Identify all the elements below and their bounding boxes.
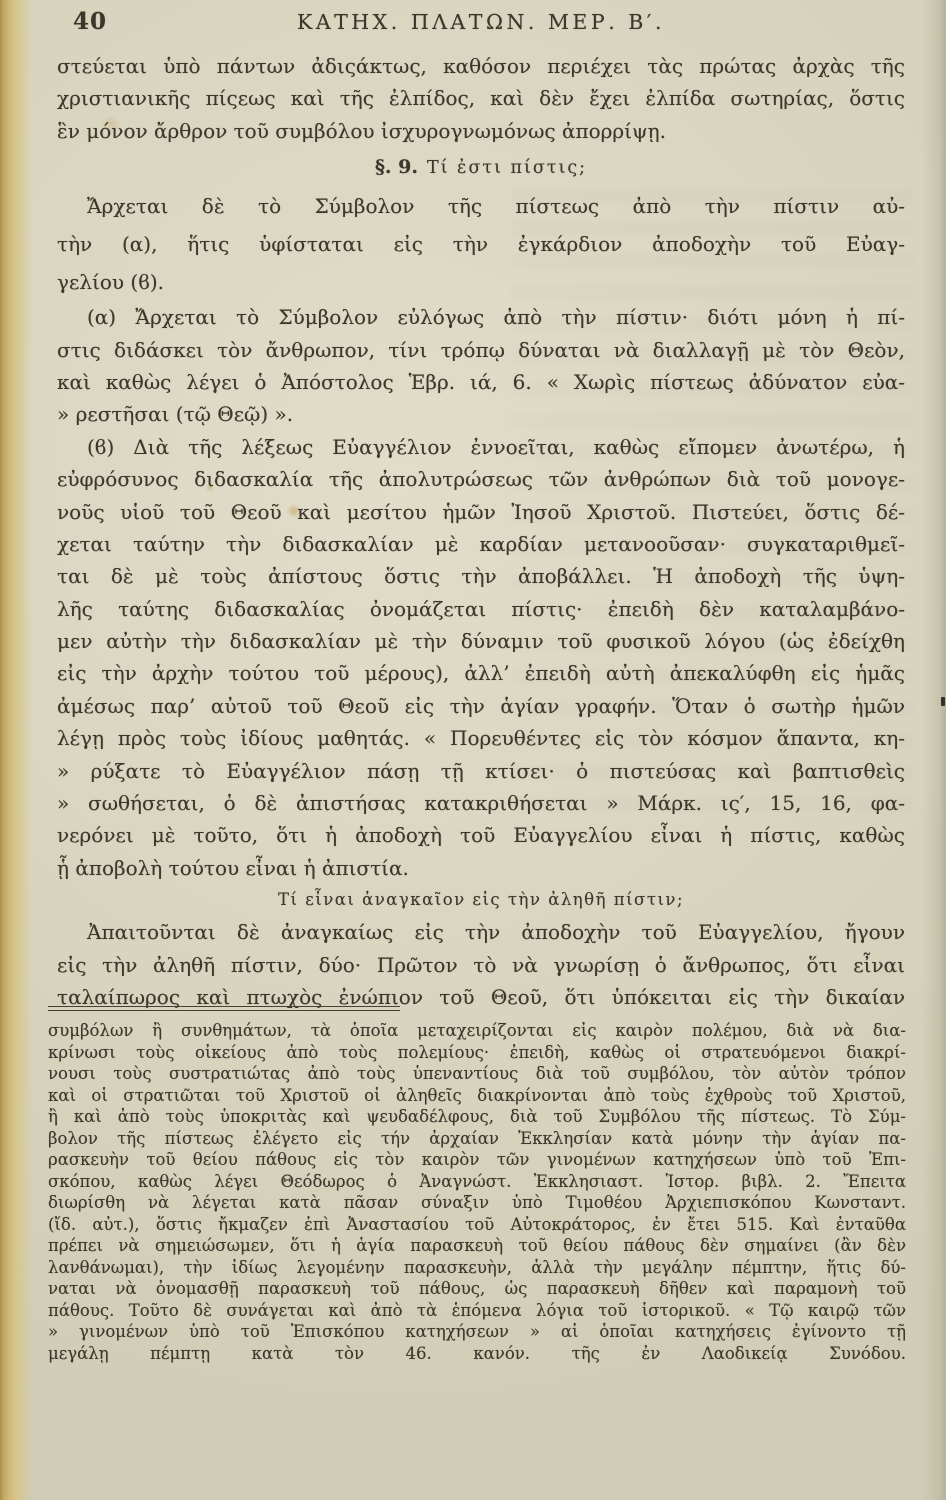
text-line: εἰς τὴν ἀρχὴν τούτου τοῦ μέρους), ἀλλ’ ἐ… bbox=[57, 657, 905, 689]
footnote-text: συμβόλων ἢ συνθημάτων, τὰ ὁποῖα μεταχειρ… bbox=[48, 1020, 906, 1364]
section-heading: §. 9.Τί ἐστι πίστις; bbox=[57, 153, 905, 179]
text-line: εἰς τὴν ἀληθῆ πίστιν, δύο· Πρῶτον τὸ νὰ … bbox=[57, 949, 905, 981]
text-line: ᾗ ἀποβολὴ τούτου εἶναι ἡ ἀπιστία. bbox=[57, 852, 905, 884]
text-line: συμβόλων ἢ συνθημάτων, τὰ ὁποῖα μεταχειρ… bbox=[48, 1020, 906, 1042]
text-line: κρίνωσι τοὺς οἰκείους ἀπὸ τοὺς πολεμίους… bbox=[48, 1042, 906, 1064]
text-line: στεύεται ὑπὸ πάντων ἀδιςάκτως, καθόσον π… bbox=[57, 50, 905, 82]
note-alpha: (α) Ἄρχεται τὸ Σύμβολον εὐλόγως ἀπὸ τὴν … bbox=[57, 301, 905, 431]
text-line: » ρύξατε τὸ Εὐαγγέλιον πάσῃ τῇ κτίσει· ὁ… bbox=[57, 755, 905, 787]
paragraph-symbolon: Ἄρχεται δὲ τὸ Σύμβολον τῆς πίστεως ἀπὸ τ… bbox=[57, 187, 905, 301]
paragraph-continuation: στεύεται ὑπὸ πάντων ἀδιςάκτως, καθόσον π… bbox=[57, 50, 905, 147]
main-text-column: στεύεται ὑπὸ πάντων ἀδιςάκτως, καθόσον π… bbox=[57, 50, 905, 1013]
text-line: καὶ οἱ στρατιῶται τοῦ Χριστοῦ οἱ ἀληθεῖς… bbox=[48, 1085, 906, 1107]
footnote-separator-rule bbox=[48, 1006, 400, 1011]
running-title: ΚΑΤΗΧ. ΠΛΑΤΩΝ. ΜΕΡ. Β′. bbox=[57, 10, 905, 34]
text-line: » σωθήσεται, ὁ δὲ ἀπιστήσας κατακριθήσετ… bbox=[57, 787, 905, 819]
text-line: καὶ καθὼς λέγει ὁ Ἀπόστολος Ἑβρ. ιά, 6. … bbox=[57, 366, 905, 398]
text-line: διωρίσθη νὰ λέγεται κατὰ πᾶσαν σύναξιν ὑ… bbox=[48, 1192, 906, 1214]
text-line: γελίου (ϐ). bbox=[57, 263, 905, 301]
footnote-block: συμβόλων ἢ συνθημάτων, τὰ ὁποῖα μεταχειρ… bbox=[48, 1006, 906, 1364]
text-line: Ἀπαιτοῦνται δὲ ἀναγκαίως εἰς τὴν ἀποδοχὴ… bbox=[57, 916, 905, 948]
section-mark: §. 9. bbox=[375, 156, 418, 178]
text-line: ἢ καὶ ἀπὸ τοὺς ὑποκριτὰς καὶ ψευδαδέλφου… bbox=[48, 1106, 906, 1128]
text-line: (ἴδ. αὐτ.), ὅστις ἤκμαζεν ἐπὶ Ἀναστασίου… bbox=[48, 1214, 906, 1236]
page-gutter-shadow bbox=[0, 0, 32, 1500]
note-beta: (ϐ) Διὰ τῆς λέξεως Εὐαγγέλιον ἐννοεῖται,… bbox=[57, 431, 905, 884]
text-line: μεγάλῃ πέμπτῃ κατὰ τὸν 46. κανόν. τῆς ἐν… bbox=[48, 1343, 906, 1365]
text-line: ναται νὰ ὀνομασθῇ παρασκευὴ τοῦ πάθους, … bbox=[48, 1278, 906, 1300]
text-line: » ρεστῆσαι (τῷ Θεῷ) ». bbox=[57, 398, 905, 430]
text-line: στις διδάσκει τὸν ἄνθρωπον, τίνι τρόπῳ δ… bbox=[57, 334, 905, 366]
text-line: (α) Ἄρχεται τὸ Σύμβολον εὐλόγως ἀπὸ τὴν … bbox=[57, 301, 905, 333]
text-line: ἀμέσως παρ’ αὐτοῦ τοῦ Θεοῦ εἰς τὴν ἁγίαν… bbox=[57, 690, 905, 722]
text-line: Ἄρχεται δὲ τὸ Σύμβολον τῆς πίστεως ἀπὸ τ… bbox=[57, 187, 905, 225]
text-line: (ϐ) Διὰ τῆς λέξεως Εὐαγγέλιον ἐννοεῖται,… bbox=[57, 431, 905, 463]
text-line: νουσι τοὺς συστρατιώτας ἀπὸ τοὺς ὑπεναντ… bbox=[48, 1063, 906, 1085]
text-line: μεν αὐτὴν τὴν διδασκαλίαν μὲ τὴν δύναμιν… bbox=[57, 625, 905, 657]
book-page: 40 ΚΑΤΗΧ. ΠΛΑΤΩΝ. ΜΕΡ. Β′. στεύεται ὑπὸ … bbox=[0, 0, 946, 1500]
text-line: λέγῃ πρὸς τοὺς ἰδίους μαθητάς. « Πορευθέ… bbox=[57, 722, 905, 754]
text-line: βολον τῆς πίστεως ἐλέγετο εἰς τήν ἀρχαία… bbox=[48, 1128, 906, 1150]
text-line: τὴν (α), ἥτις ὑφίσταται εἰς τὴν ἐγκάρδιο… bbox=[57, 225, 905, 263]
footnote-continuation: συμβόλων ἢ συνθημάτων, τὰ ὁποῖα μεταχειρ… bbox=[48, 1020, 906, 1364]
text-line: σκόπου, καθὼς λέγει Θεόδωρος ὁ Ἀναγνώστ.… bbox=[48, 1171, 906, 1193]
text-line: νερόνει μὲ τοῦτο, ὅτι ἡ ἀποδοχὴ τοῦ Εὐαγ… bbox=[57, 819, 905, 851]
text-line: λανθάνωμαι), τὴν ἰδίως λεγομένην παρασκε… bbox=[48, 1257, 906, 1279]
page-right-edge-shadow bbox=[922, 0, 946, 1500]
page-header: 40 ΚΑΤΗΧ. ΠΛΑΤΩΝ. ΜΕΡ. Β′. bbox=[57, 8, 905, 40]
scan-edge-mark bbox=[941, 697, 945, 706]
text-line: πρέπει νὰ σημειώσωμεν, ὅτι ἡ ἁγία παρασκ… bbox=[48, 1235, 906, 1257]
text-line: χριστιανικῆς πίςεως καὶ τῆς ἐλπίδος, καὶ… bbox=[57, 82, 905, 114]
text-line: » γινομένων ὑπὸ τοῦ Ἐπισκόπου κατηχήσεων… bbox=[48, 1321, 906, 1343]
paragraph-apaitountai: Ἀπαιτοῦνται δὲ ἀναγκαίως εἰς τὴν ἀποδοχὴ… bbox=[57, 916, 905, 1013]
heading-text: Τί ἐστι πίστις; bbox=[427, 158, 587, 178]
text-line: ται δὲ μὲ τοὺς ἀπίστους ὅστις τὴν ἀποβάλ… bbox=[57, 560, 905, 592]
text-line: νοῦς υἱοῦ τοῦ Θεοῦ καὶ μεσίτου ἡμῶν Ἰησο… bbox=[57, 496, 905, 528]
text-line: χεται ταύτην τὴν διδασκαλίαν μὲ καρδίαν … bbox=[57, 528, 905, 560]
text-line: εὐφρόσυνος διδασκαλία τῆς ἀπολυτρώσεως τ… bbox=[57, 463, 905, 495]
text-line: πάθους. Τοῦτο δὲ συνάγεται καὶ ἀπὸ τὰ ἑπ… bbox=[48, 1300, 906, 1322]
question-subheading: Τί εἶναι ἀναγκαῖον εἰς τὴν ἀληθῆ πίστιν; bbox=[57, 888, 905, 912]
text-line: λῆς ταύτης διδασκαλίας ὀνομάζεται πίστις… bbox=[57, 593, 905, 625]
text-line: ἓν μόνον ἄρθρον τοῦ συμβόλου ἰσχυρογνωμό… bbox=[57, 115, 905, 147]
text-line: ρασκευὴν τοῦ θείου πάθους εἰς τὸν καιρὸν… bbox=[48, 1149, 906, 1171]
